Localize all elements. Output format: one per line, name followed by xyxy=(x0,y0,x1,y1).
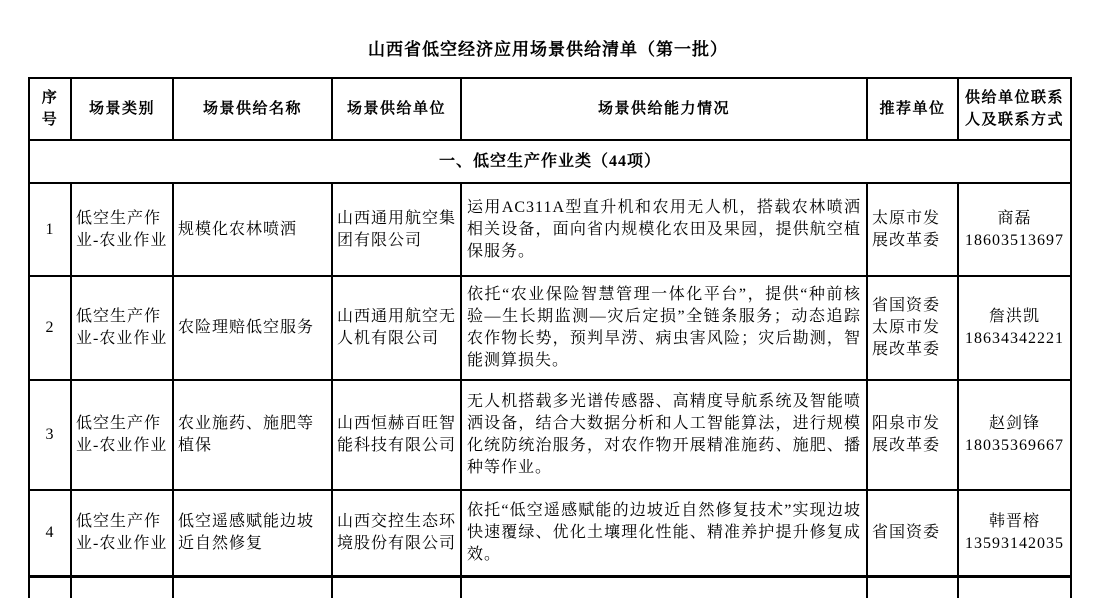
cell-recommender: 阳泉市发展改革委 xyxy=(867,380,958,490)
cell-capability: 无人机搭载多光谱传感器、高精度导航系统及智能喷洒设备，结合大数据分析和人工智能算… xyxy=(461,380,867,490)
cell-contact: 詹洪凯 18634342221 xyxy=(958,276,1071,380)
cell-no: 3 xyxy=(29,380,71,490)
col-header-recommender: 推荐单位 xyxy=(867,78,958,140)
col-header-category: 场景类别 xyxy=(71,78,173,140)
col-header-name: 场景供给名称 xyxy=(173,78,332,140)
cell-category: 低空生产作业-农业作业 xyxy=(71,276,173,380)
col-header-unit: 场景供给单位 xyxy=(332,78,461,140)
cell-category: 低空生产作业-农业作业 xyxy=(71,380,173,490)
clipped-next-row xyxy=(29,576,1071,598)
cell-capability: 运用AC311A型直升机和农用无人机，搭载农林喷洒相关设备，面向省内规模化农田及… xyxy=(461,183,867,276)
col-header-capability: 场景供给能力情况 xyxy=(461,78,867,140)
cell-no: 2 xyxy=(29,276,71,380)
cell-unit: 山西通用航空集团有限公司 xyxy=(332,183,461,276)
cell-unit: 山西恒赫百旺智能科技有限公司 xyxy=(332,380,461,490)
cell-name: 农业施药、施肥等植保 xyxy=(173,380,332,490)
cell-unit: 山西交控生态环境股份有限公司 xyxy=(332,490,461,576)
page-title: 山西省低空经济应用场景供给清单（第一批） xyxy=(0,35,1096,60)
table-row: 4 低空生产作业-农业作业 低空遥感赋能边坡近自然修复 山西交控生态环境股份有限… xyxy=(29,490,1071,576)
contact-name: 赵剑锋 xyxy=(963,413,1066,435)
cell-recommender: 太原市发展改革委 xyxy=(867,183,958,276)
table-row: 2 低空生产作业-农业作业 农险理赔低空服务 山西通用航空无人机有限公司 依托“… xyxy=(29,276,1071,380)
cell-recommender: 省国资委 太原市发展改革委 xyxy=(867,276,958,380)
col-header-no: 序号 xyxy=(29,78,71,140)
cell-category: 低空生产作业-农业作业 xyxy=(71,183,173,276)
table-row: 3 低空生产作业-农业作业 农业施药、施肥等植保 山西恒赫百旺智能科技有限公司 … xyxy=(29,380,1071,490)
cell-no: 1 xyxy=(29,183,71,276)
contact-phone: 18035369667 xyxy=(963,435,1066,457)
contact-name: 商磊 xyxy=(963,208,1066,230)
cell-contact: 韩晋榕 13593142035 xyxy=(958,490,1071,576)
header-row: 序号 场景类别 场景供给名称 场景供给单位 场景供给能力情况 推荐单位 供给单位… xyxy=(29,78,1071,140)
cell-contact: 商磊 18603513697 xyxy=(958,183,1071,276)
cell-name: 规模化农林喷洒 xyxy=(173,183,332,276)
col-header-contact: 供给单位联系人及联系方式 xyxy=(958,78,1071,140)
cell-contact: 赵剑锋 18035369667 xyxy=(958,380,1071,490)
contact-name: 詹洪凯 xyxy=(963,306,1066,328)
section-title: 一、低空生产作业类（44项） xyxy=(29,140,1071,183)
table-row: 1 低空生产作业-农业作业 规模化农林喷洒 山西通用航空集团有限公司 运用AC3… xyxy=(29,183,1071,276)
supply-list-table: 序号 场景类别 场景供给名称 场景供给单位 场景供给能力情况 推荐单位 供给单位… xyxy=(28,77,1072,598)
cell-category: 低空生产作业-农业作业 xyxy=(71,490,173,576)
cell-name: 农险理赔低空服务 xyxy=(173,276,332,380)
cell-no: 4 xyxy=(29,490,71,576)
cell-capability: 依托“农业保险智慧管理一体化平台”，提供“种前核验—生长期监测—灾后定损”全链条… xyxy=(461,276,867,380)
cell-name: 低空遥感赋能边坡近自然修复 xyxy=(173,490,332,576)
cell-recommender: 省国资委 xyxy=(867,490,958,576)
contact-phone: 18634342221 xyxy=(963,328,1066,350)
contact-phone: 13593142035 xyxy=(963,533,1066,555)
contact-phone: 18603513697 xyxy=(963,230,1066,252)
cell-unit: 山西通用航空无人机有限公司 xyxy=(332,276,461,380)
cell-capability: 依托“低空遥感赋能的边坡近自然修复技术”实现边坡快速覆绿、优化土壤理化性能、精准… xyxy=(461,490,867,576)
section-header-row: 一、低空生产作业类（44项） xyxy=(29,140,1071,183)
contact-name: 韩晋榕 xyxy=(963,511,1066,533)
